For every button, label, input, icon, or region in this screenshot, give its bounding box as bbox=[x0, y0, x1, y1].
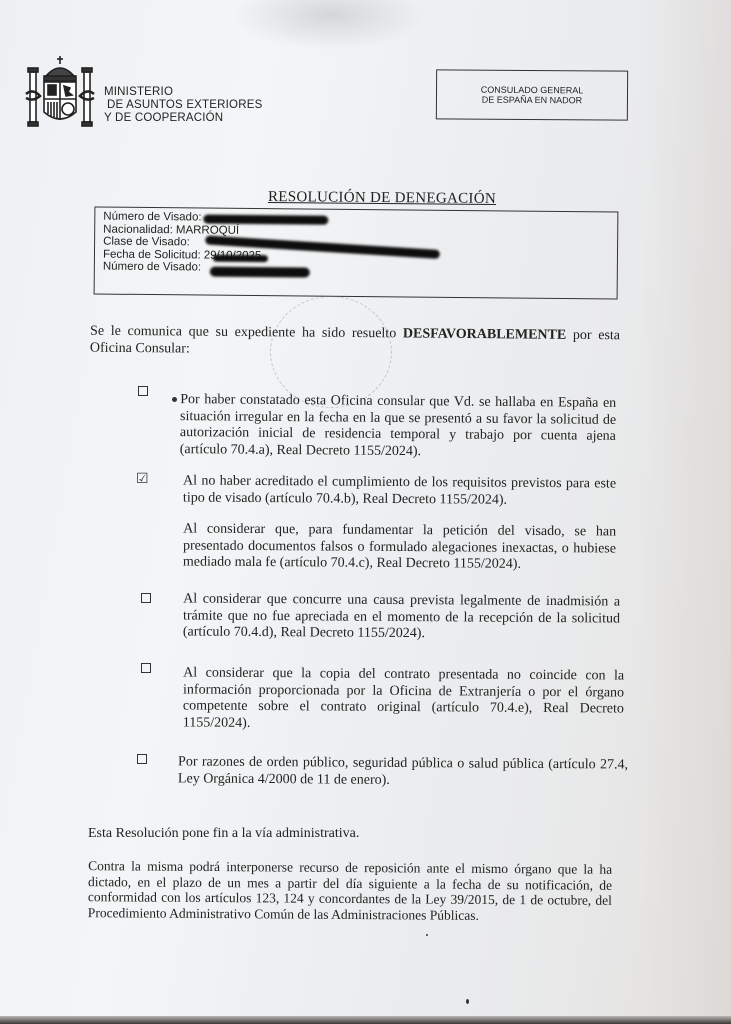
consulate-box: CONSULADO GENERAL DE ESPAÑA EN NADOR bbox=[436, 69, 628, 120]
document-title: RESOLUCIÓN DE DENEGACIÓN bbox=[268, 189, 496, 208]
ink-speck bbox=[426, 934, 428, 936]
consulate-line-2: DE ESPAÑA EN NADOR bbox=[482, 95, 582, 106]
option-checkbox-b-checked: ☑ bbox=[136, 471, 149, 487]
redaction-mark bbox=[210, 267, 310, 278]
intro-paragraph: Se le comunica que su expediente ha sido… bbox=[90, 324, 620, 362]
redaction-mark bbox=[213, 255, 268, 263]
info-label: Nacionalidad: bbox=[103, 223, 173, 236]
option-d-text: Al considerar que concurre una causa pre… bbox=[183, 591, 620, 644]
ink-speck bbox=[172, 397, 177, 402]
option-f-text: Por razones de orden público, seguridad … bbox=[178, 754, 628, 790]
option-e-text: Al considerar que la copia del contrato … bbox=[183, 665, 624, 734]
option-checkbox-d bbox=[141, 593, 151, 603]
ministry-line-3: Y DE COOPERACIÓN bbox=[104, 112, 262, 125]
ministry-line-2: DE ASUNTOS EXTERIORES bbox=[104, 99, 262, 112]
ministry-name: MINISTERIO DE ASUNTOS EXTERIORES Y DE CO… bbox=[104, 86, 262, 125]
intro-text: Se le comunica que su expediente ha sido… bbox=[90, 324, 403, 342]
option-b-text: Al no haber acreditado el cumplimiento d… bbox=[183, 473, 616, 509]
paper-fold-shadow bbox=[230, 0, 430, 50]
redaction-mark bbox=[203, 215, 328, 225]
info-label: Número de Visado: bbox=[103, 261, 201, 274]
coat-of-arms-icon bbox=[24, 54, 96, 132]
option-a-text: Por haber constatado esta Oficina consul… bbox=[180, 392, 617, 462]
final-statement: Esta Resolución pone fin a la vía admini… bbox=[88, 826, 608, 843]
ink-speck bbox=[466, 999, 469, 1004]
info-label: Número de Visado: bbox=[103, 211, 201, 224]
paper-bottom-edge bbox=[0, 1016, 731, 1024]
info-label: Fecha de Solicitud: bbox=[103, 248, 201, 261]
option-checkbox-e bbox=[141, 663, 151, 673]
appeal-notice: Contra la misma podrá interponerse recur… bbox=[88, 858, 612, 924]
option-c-text: Al considerar que, para fundamentar la p… bbox=[183, 521, 616, 574]
info-label: Clase de Visado: bbox=[103, 236, 190, 249]
paper-shade bbox=[641, 0, 731, 1024]
option-checkbox-a bbox=[138, 386, 148, 396]
ministry-line-1: MINISTERIO bbox=[104, 86, 262, 99]
option-checkbox-f bbox=[137, 754, 147, 764]
info-value: MARROQUÍ bbox=[176, 224, 239, 237]
intro-emphasis: DESFAVORABLEMENTE bbox=[403, 326, 566, 342]
applicant-info-box: Número de Visado: Nacionalidad:MARROQUÍ … bbox=[94, 206, 619, 299]
